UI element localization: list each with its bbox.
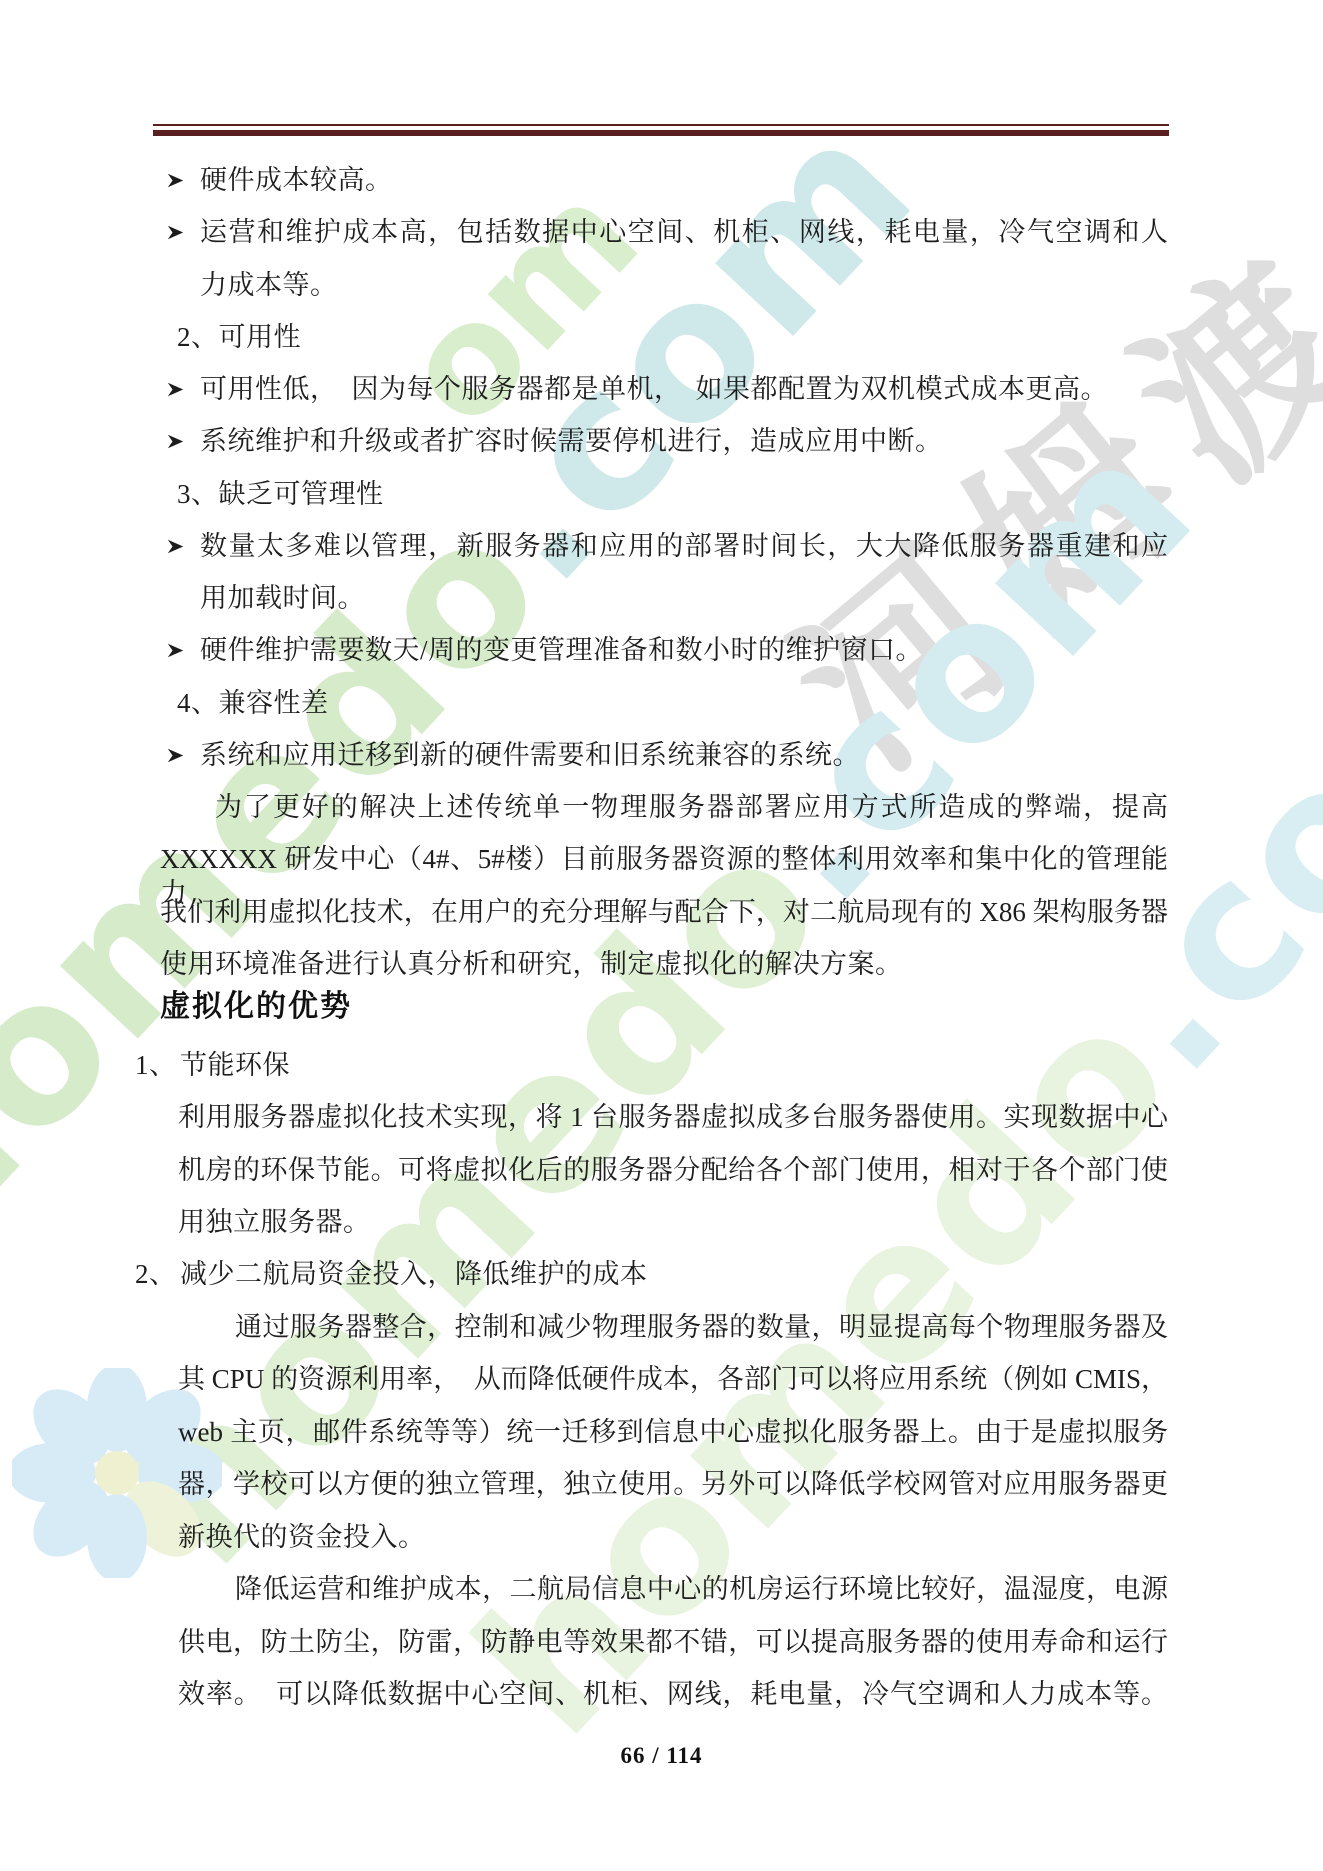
- doc-line: 效率。 可以降低数据中心空间、机柜、网线，耗电量，冷气空调和人力成本等。: [178, 1677, 1168, 1711]
- bullet-arrow-icon: [167, 738, 184, 772]
- watermark-fragment: om: [368, 151, 672, 459]
- top-border-thin-line: [153, 124, 1169, 126]
- page-number: 66 / 114: [0, 1743, 1323, 1769]
- doc-line: 利用服务器虚拟化技术实现，将 1 台服务器虚拟成多台服务器使用。实现数据中心: [178, 1100, 1168, 1134]
- doc-line-bullet: 数量太多难以管理，新服务器和应用的部署时间长，大大降低服务器重建和应: [200, 529, 1168, 563]
- doc-line-bullet: 运营和维护成本高，包括数据中心空间、机柜、网线，耗电量，冷气空调和人: [200, 215, 1168, 249]
- bullet-arrow-icon: [167, 633, 184, 667]
- doc-line: 用加载时间。: [200, 581, 365, 615]
- bullet-arrow-icon: [167, 372, 184, 406]
- doc-line: 其 CPU 的资源利用率， 从而降低硬件成本，各部门可以将应用系统（例如 CMI…: [178, 1362, 1168, 1396]
- doc-line: 通过服务器整合，控制和减少物理服务器的数量，明显提高每个物理服务器及: [178, 1310, 1168, 1344]
- doc-line-bullet: 系统和应用迁移到新的硬件需要和旧系统兼容的系统。: [200, 738, 860, 772]
- doc-line-number: 2、可用性: [177, 320, 301, 354]
- doc-line-paragraph: 使用环境准备进行认真分析和研究，制定虚拟化的解决方案。: [160, 947, 903, 981]
- doc-line: 供电，防土防尘，防雷，防静电等效果都不错，可以提高服务器的使用寿命和运行: [178, 1625, 1168, 1659]
- doc-line-bullet: 可用性低， 因为每个服务器都是单机， 如果都配置为双机模式成本更高。: [200, 372, 1108, 406]
- doc-line-bullet: 硬件维护需要数天/周的变更管理准备和数小时的维护窗口。: [200, 633, 923, 667]
- bullet-arrow-icon: [167, 215, 184, 249]
- watermark-brand-cyan: .com: [1051, 563, 1323, 1115]
- bullet-arrow-icon: [167, 424, 184, 458]
- section-heading: 虚拟化的优势: [160, 990, 352, 1024]
- list-item-label: 节能环保: [180, 1050, 290, 1080]
- doc-line-number: 4、兼容性差: [177, 686, 329, 720]
- doc-line-list-item: 1、节能环保: [135, 1048, 290, 1082]
- list-number: 2、: [135, 1257, 180, 1291]
- doc-line: 力成本等。: [200, 268, 338, 302]
- doc-line: 用独立服务器。: [178, 1205, 371, 1239]
- doc-line-paragraph: 我们利用虚拟化技术，在用户的充分理解与配合下，对二航局现有的 X86 架构服务器: [160, 895, 1168, 929]
- doc-line: web 主页，邮件系统等等）统一迁移到信息中心虚拟化服务器上。由于是虚拟服务: [178, 1415, 1168, 1449]
- doc-line-bullet: 系统维护和升级或者扩容时候需要停机进行，造成应用中断。: [200, 424, 943, 458]
- doc-line: 器，学校可以方便的独立管理，独立使用。另外可以降低学校网管对应用服务器更: [178, 1467, 1168, 1501]
- doc-line-number: 3、缺乏可管理性: [177, 477, 384, 511]
- document-page: 河姆渡 homedo.com homedo.com homedo.com om: [0, 0, 1323, 1871]
- doc-line-bullet: 硬件成本较高。: [200, 163, 393, 197]
- list-item-label: 减少二航局资金投入，降低维护的成本: [180, 1259, 648, 1289]
- doc-line: 降低运营和维护成本，二航局信息中心的机房运行环境比较好，温湿度，电源: [178, 1572, 1168, 1606]
- doc-line: 机房的环保节能。可将虚拟化后的服务器分配给各个部门使用，相对于各个部门使: [178, 1153, 1168, 1187]
- bullet-arrow-icon: [167, 163, 184, 197]
- bullet-arrow-icon: [167, 529, 184, 563]
- list-number: 1、: [135, 1048, 180, 1082]
- doc-line-paragraph: 为了更好的解决上述传统单一物理服务器部署应用方式所造成的弊端，提高: [160, 790, 1168, 824]
- doc-line: 新换代的资金投入。: [178, 1520, 426, 1554]
- watermark-cjk-text: 河姆渡: [729, 173, 1323, 818]
- top-border-thick-line: [153, 130, 1169, 136]
- doc-line-list-item: 2、减少二航局资金投入，降低维护的成本: [135, 1257, 648, 1291]
